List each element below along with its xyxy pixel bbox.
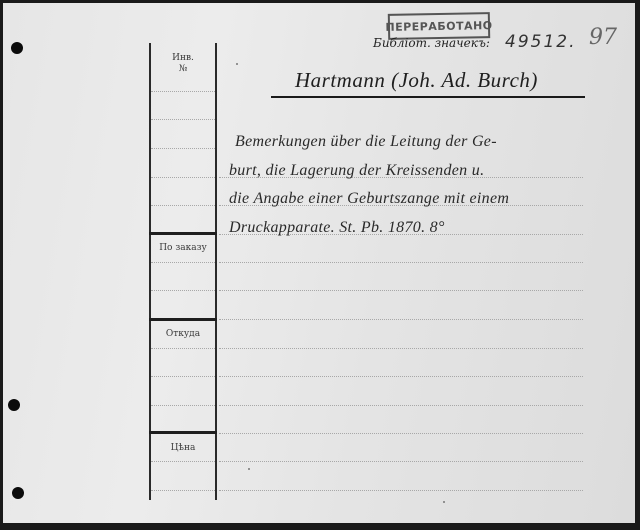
ruled-line — [219, 405, 583, 406]
punch-hole-middle — [8, 399, 20, 411]
pencil-mark: 97 — [589, 25, 617, 50]
ruled-line — [151, 148, 215, 149]
section-divider-source — [149, 318, 217, 321]
ruled-line — [151, 348, 215, 349]
price-label: Цѣна — [149, 443, 217, 454]
ruled-line — [219, 319, 583, 320]
call-number: 49512. — [505, 32, 576, 52]
ruled-line — [219, 490, 583, 491]
ruled-line — [219, 262, 583, 263]
punch-hole-top — [11, 42, 23, 54]
order-label: По заказу — [149, 243, 217, 254]
section-divider-price — [149, 431, 217, 434]
paper-speck — [248, 468, 250, 470]
ruled-line — [151, 490, 215, 491]
ruled-line — [151, 262, 215, 263]
ink-speck — [236, 63, 238, 65]
paper-speck — [443, 501, 445, 503]
ruled-line — [151, 290, 215, 291]
ruled-line — [219, 433, 583, 434]
section-divider-order — [149, 232, 217, 235]
inventory-label: Инв. № — [149, 53, 217, 75]
punch-hole-bottom — [12, 487, 24, 499]
title-line-4: Druckapparate. St. Pb. 1870. 8° — [229, 219, 445, 237]
author-heading: Hartmann (Joh. Ad. Burch) — [295, 68, 538, 93]
ruled-line — [219, 348, 583, 349]
ruled-line — [151, 205, 215, 206]
ruled-line — [219, 376, 583, 377]
ruled-line — [151, 376, 215, 377]
ruled-line — [219, 461, 583, 462]
call-number-label: Библіот. значекъ: — [373, 36, 490, 50]
title-line-3: die Angabe einer Geburtszange mit einem — [229, 190, 509, 208]
inventory-label-line2: № — [149, 64, 217, 75]
inventory-label-line1: Инв. — [149, 53, 217, 64]
ruled-line — [151, 461, 215, 462]
title-line-2: burt, die Lagerung der Kreissenden u. — [229, 162, 484, 180]
ruled-line — [151, 177, 215, 178]
ruled-line — [151, 91, 215, 92]
source-label: Откуда — [149, 329, 217, 340]
catalog-card: ПЕРЕРАБОТАНО Библіот. значекъ: 49512. 97… — [3, 3, 635, 523]
ruled-line — [219, 290, 583, 291]
author-underline — [271, 96, 585, 98]
ruled-line — [151, 405, 215, 406]
ruled-line — [151, 119, 215, 120]
title-line-1: Bemerkungen über die Leitung der Ge- — [235, 133, 497, 151]
